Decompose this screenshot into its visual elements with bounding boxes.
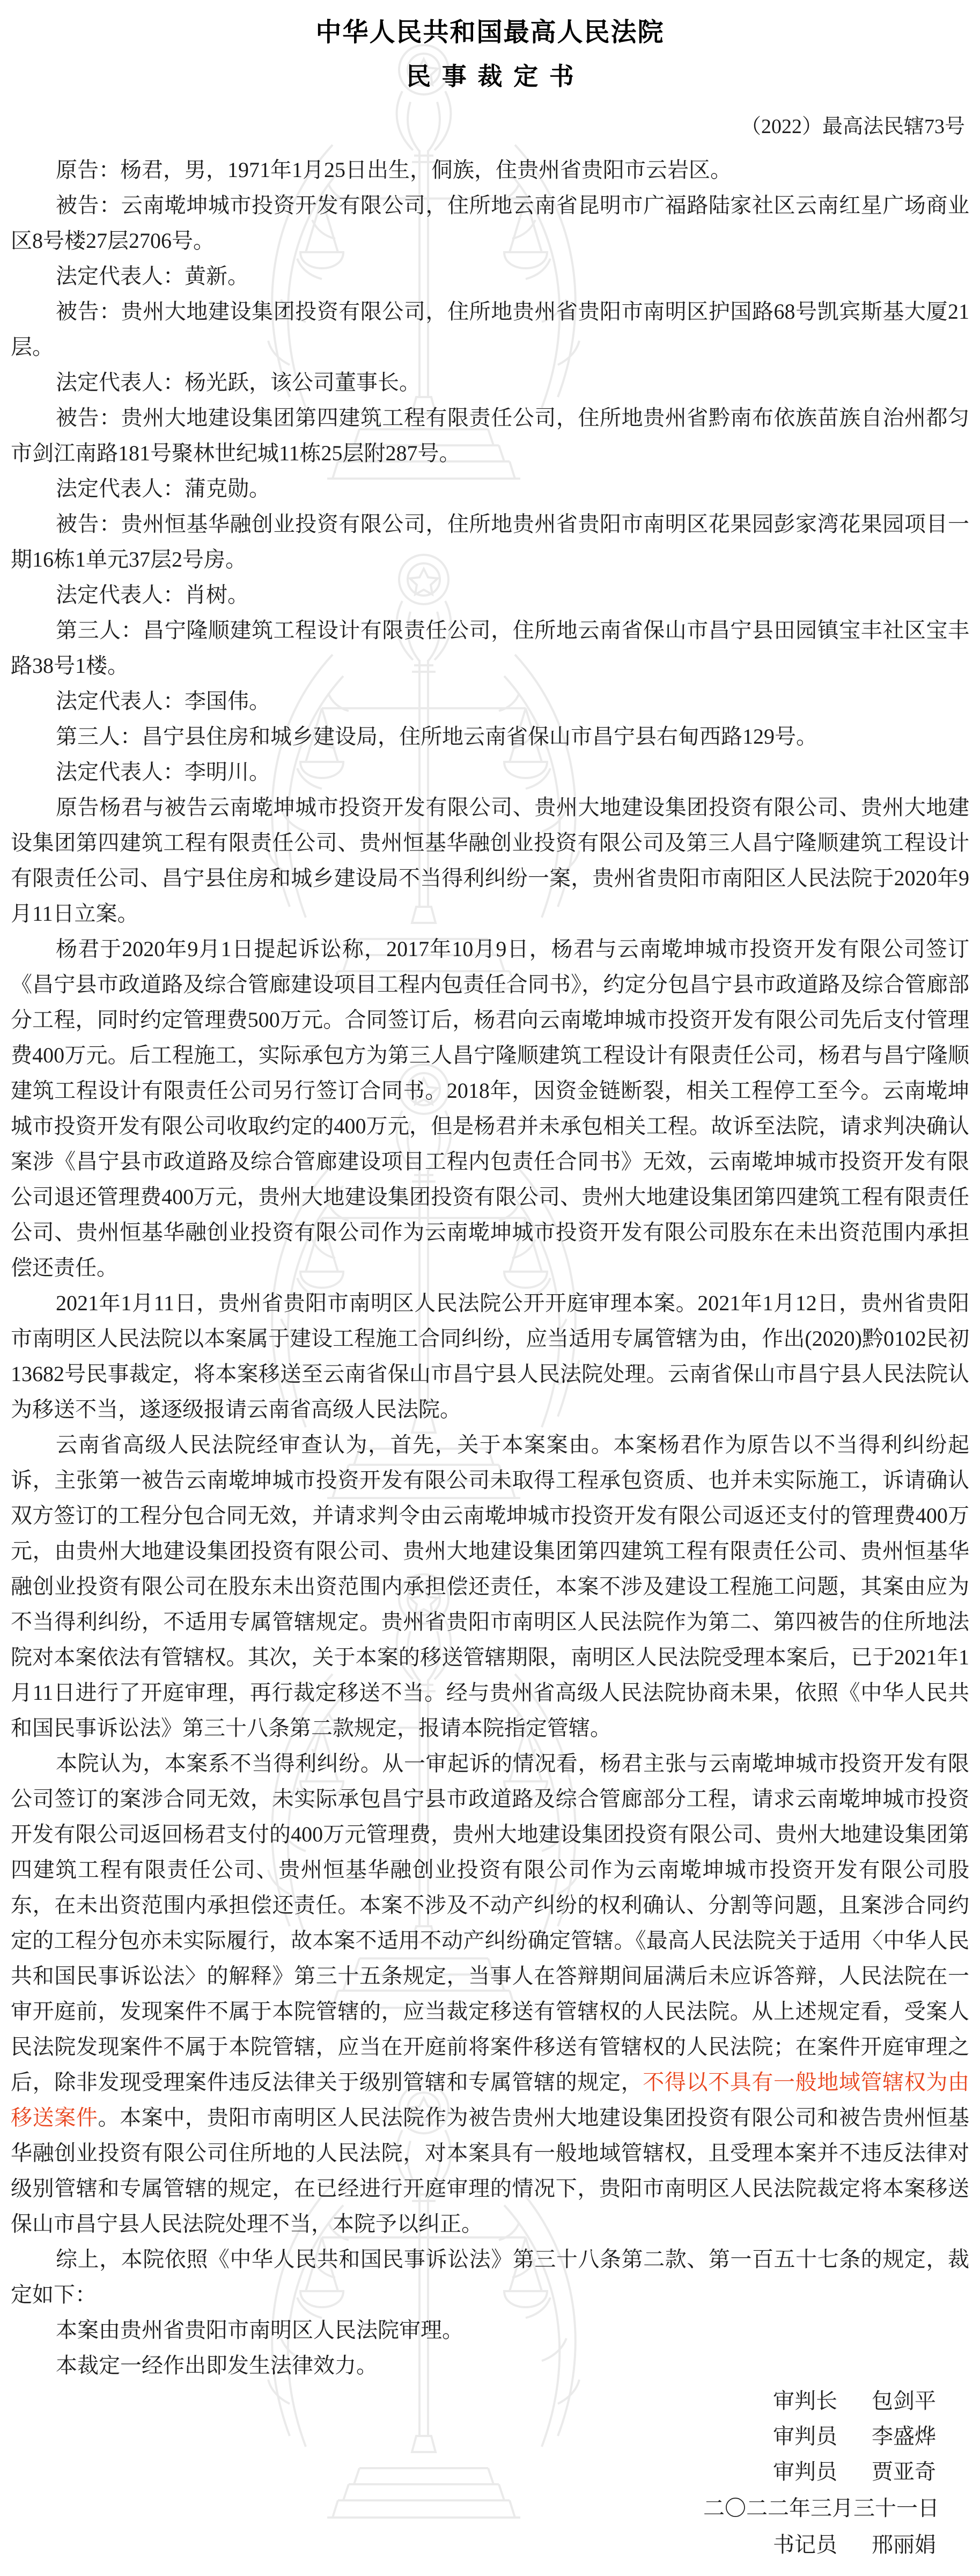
- paragraph-text: 云南省高级人民法院经审查认为，首先，关于本案案由。本案杨君作为原告以不当得利纠纷…: [11, 1433, 969, 1740]
- paragraph: 法定代表人：蒲克勋。: [11, 471, 969, 507]
- paragraph: 本裁定一经作出即发生法律效力。: [11, 2348, 969, 2383]
- paragraph-text: 法定代表人：杨光跃，该公司董事长。: [56, 370, 421, 394]
- case-number: （2022）最高法民辖73号: [11, 114, 965, 140]
- paragraph: 原告杨君与被告云南墘坤城市投资开发有限公司、贵州大地建设集团投资有限公司、贵州大…: [11, 790, 969, 931]
- paragraph-text: 综上，本院依照《中华人民共和国民事诉讼法》第三十八条第二款、第一百五十七条的规定…: [11, 2247, 969, 2307]
- signature-line: 审判长包剑平: [11, 2383, 969, 2419]
- paragraph-text: 法定代表人：黄新。: [56, 264, 249, 288]
- paragraph-text: 法定代表人：李明川。: [56, 760, 270, 784]
- signature-line: 审判员贾亚奇: [11, 2454, 969, 2490]
- paragraph-text: 本院认为，本案系不当得利纠纷。从一审起诉的情况看，杨君主张与云南墘坤城市投资开发…: [11, 1751, 969, 2094]
- signature-line: 书记员邢丽娟: [11, 2527, 969, 2563]
- paragraph: 第三人：昌宁隆顺建筑工程设计有限责任公司，住所地云南省保山市昌宁县田园镇宝丰社区…: [11, 613, 969, 684]
- court-name: 中华人民共和国最高人民法院: [11, 14, 969, 52]
- paragraph: 被告：贵州恒基华融创业投资有限公司，住所地贵州省贵阳市南明区花果园彭家湾花果园项…: [11, 507, 969, 577]
- document-title: 民事裁定书: [11, 59, 969, 94]
- paragraph: 第三人：昌宁县住房和城乡建设局，住所地云南省保山市昌宁县右甸西路129号。: [11, 719, 969, 754]
- paragraph: 综上，本院依照《中华人民共和国民事诉讼法》第三十八条第二款、第一百五十七条的规定…: [11, 2242, 969, 2313]
- paragraph-text: 被告：贵州大地建设集团第四建筑工程有限责任公司，住所地贵州省黔南布依族苗族自治州…: [11, 406, 969, 465]
- paragraphs: 原告：杨君，男，1971年1月25日出生，侗族，住贵州省贵阳市云岩区。被告：云南…: [11, 152, 969, 2383]
- judge-name: 包剑平: [872, 2389, 936, 2413]
- signature-role: 审判员: [773, 2460, 837, 2484]
- paragraph: 法定代表人：李国伟。: [11, 684, 969, 719]
- document-content: 中华人民共和国最高人民法院 民事裁定书 （2022）最高法民辖73号 原告：杨君…: [0, 0, 980, 2563]
- paragraph: 原告：杨君，男，1971年1月25日出生，侗族，住贵州省贵阳市云岩区。: [11, 152, 969, 188]
- paragraph: 被告：贵州大地建设集团第四建筑工程有限责任公司，住所地贵州省黔南布依族苗族自治州…: [11, 400, 969, 471]
- paragraph-text: 被告：贵州大地建设集团投资有限公司，住所地贵州省贵阳市南明区护国路68号凯宾斯基…: [11, 299, 969, 359]
- paragraph: 法定代表人：杨光跃，该公司董事长。: [11, 365, 969, 400]
- paragraph-text: 法定代表人：蒲克勋。: [56, 476, 270, 501]
- paragraph-text: 杨君于2020年9月1日提起诉讼称，2017年10月9日，杨君与云南墘坤城市投资…: [11, 937, 969, 1280]
- paragraph-text: 原告：杨君，男，1971年1月25日出生，侗族，住贵州省贵阳市云岩区。: [56, 158, 732, 182]
- judge-name: 贾亚奇: [872, 2460, 936, 2484]
- paragraph: 被告：贵州大地建设集团投资有限公司，住所地贵州省贵阳市南明区护国路68号凯宾斯基…: [11, 294, 969, 365]
- paragraph-text: 原告杨君与被告云南墘坤城市投资开发有限公司、贵州大地建设集团投资有限公司、贵州大…: [11, 795, 969, 926]
- paragraph-text: 被告：云南墘坤城市投资开发有限公司，住所地云南省昆明市广福路陆家社区云南红星广场…: [11, 193, 969, 253]
- paragraph: 本院认为，本案系不当得利纠纷。从一审起诉的情况看，杨君主张与云南墘坤城市投资开发…: [11, 1746, 969, 2242]
- paragraph-text: 。本案中，贵阳市南明区人民法院作为被告贵州大地建设集团投资有限公司和被告贵州恒基…: [11, 2105, 969, 2236]
- signature-line: 审判员李盛烨: [11, 2419, 969, 2454]
- paragraph: 云南省高级人民法院经审查认为，首先，关于本案案由。本案杨君作为原告以不当得利纠纷…: [11, 1427, 969, 1746]
- paragraph: 法定代表人：李明川。: [11, 754, 969, 790]
- paragraph-text: 第三人：昌宁隆顺建筑工程设计有限责任公司，住所地云南省保山市昌宁县田园镇宝丰社区…: [11, 618, 969, 678]
- clerk-name: 邢丽娟: [872, 2533, 936, 2557]
- paragraph-text: 被告：贵州恒基华融创业投资有限公司，住所地贵州省贵阳市南明区花果园彭家湾花果园项…: [11, 512, 969, 571]
- signature-role: 审判长: [773, 2389, 837, 2413]
- paragraph-text: 本裁定一经作出即发生法律效力。: [56, 2353, 378, 2377]
- paragraph: 法定代表人：黄新。: [11, 259, 969, 294]
- signature-role: 审判员: [773, 2424, 837, 2448]
- ruling-date: 二〇二二年三月三十一日: [11, 2490, 969, 2527]
- signature-block: 审判长包剑平审判员李盛烨审判员贾亚奇二〇二二年三月三十一日书记员邢丽娟: [11, 2383, 969, 2563]
- paragraph: 被告：云南墘坤城市投资开发有限公司，住所地云南省昆明市广福路陆家社区云南红星广场…: [11, 188, 969, 259]
- judge-name: 李盛烨: [872, 2424, 936, 2448]
- paragraph: 杨君于2020年9月1日提起诉讼称，2017年10月9日，杨君与云南墘坤城市投资…: [11, 931, 969, 1286]
- paragraph: 2021年1月11日，贵州省贵阳市南明区人民法院公开开庭审理本案。2021年1月…: [11, 1286, 969, 1427]
- paragraph-text: 第三人：昌宁县住房和城乡建设局，住所地云南省保山市昌宁县右甸西路129号。: [56, 724, 817, 748]
- paragraph-text: 本案由贵州省贵阳市南明区人民法院审理。: [56, 2318, 463, 2342]
- paragraph: 法定代表人：肖树。: [11, 577, 969, 613]
- paragraph-text: 2021年1月11日，贵州省贵阳市南明区人民法院公开开庭审理本案。2021年1月…: [11, 1291, 969, 1421]
- paragraph-text: 法定代表人：肖树。: [56, 583, 249, 607]
- signature-role: 书记员: [773, 2533, 837, 2557]
- paragraph-text: 法定代表人：李国伟。: [56, 689, 270, 713]
- paragraph: 本案由贵州省贵阳市南明区人民法院审理。: [11, 2313, 969, 2348]
- ruling-document-page: 中华人民共和国最高人民法院 民事裁定书 （2022）最高法民辖73号 原告：杨君…: [0, 0, 980, 2576]
